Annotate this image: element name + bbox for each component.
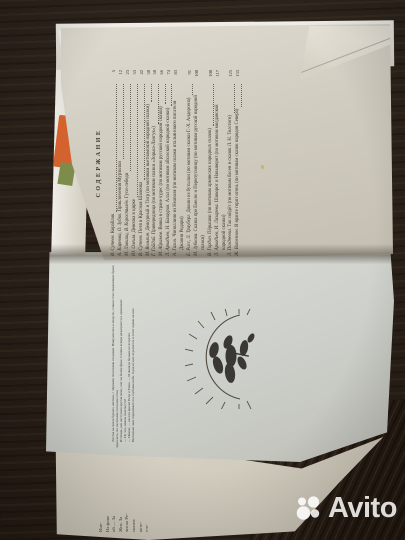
avito-watermark: Avito	[296, 494, 397, 523]
under-page-fragment: Ино-	[98, 468, 105, 532]
sun-tailpiece-illustration	[185, 309, 265, 409]
toc-entry: В. Сутеев. Петя и Красная Шапочка42	[139, 70, 146, 256]
under-page-fragment: кото-	[138, 468, 145, 532]
under-page-fragment: сказов	[131, 468, 138, 532]
flower-silhouettes-icon	[208, 332, 256, 383]
contents-title: СОДЕРЖАНИЕ	[96, 70, 102, 256]
toc-entry: А. Карнова, О. Зубко. Приключения Мурзил…	[118, 70, 125, 256]
under-page-fragment: Жги. За	[118, 468, 125, 532]
contents-entries: В. Сутеев. Кораблик5А. Карнова, О. Зубко…	[111, 70, 242, 256]
toc-entry: Л. Аркадьев, И. Лазарева. Шиворот и Навы…	[215, 70, 229, 256]
under-page-fragment: На фоне	[105, 468, 112, 532]
spine-shadow	[46, 244, 394, 268]
under-page-text: Ино-На фонеой — ЗаЖги. Зачитал Ре-сказов…	[98, 468, 158, 532]
toc-entry: Ю. Олеша. Девочка в цирке33	[132, 70, 139, 256]
contents-list: СОДЕРЖАНИЕ В. Сутеев. Кораблик5А. Карнов…	[96, 70, 314, 256]
photo-stage: Ино-На фонеой — ЗаЖги. Зачитал Ре-сказов…	[0, 0, 405, 540]
under-page-fragment: ой — За	[111, 468, 118, 532]
toc-entry: В. Гордин. Пёрышко (по мотивам армянских…	[208, 70, 215, 256]
story-paragraph: Несколько чаек поднимаются в глубокое не…	[132, 262, 136, 448]
under-page-fragment: сто-	[144, 468, 151, 532]
toc-entry: Л. Аркадьев, Н. Балаурия. Алал (по мотив…	[166, 70, 173, 256]
toc-entry: В. Сутеев. Кораблик5	[111, 70, 118, 256]
paper-speck	[261, 165, 264, 169]
toc-entry: Г. Гайдай. Привередница (по мотивам сказ…	[152, 70, 159, 256]
toc-entry: Л. Позднеева. Так сойдёт (по мотивам бас…	[228, 70, 235, 256]
toc-entry: Е. Рисс, Л. Трауберг. Джинн из бутылки (…	[187, 70, 194, 256]
avito-logo-icon	[296, 495, 323, 522]
toc-entry: М. Зубкова. Сказка про Емелю и Перепутан…	[194, 70, 208, 256]
story-text: Листья на земле буреют, жёлтые, с чёрным…	[112, 262, 154, 448]
toc-entry: А. Галич. Чиполлино из Неаполя (по мотив…	[173, 70, 187, 256]
avito-brand-text: Avito	[328, 494, 397, 523]
toc-entry: М. Лившиц, В. Коростылёв. Гуси-лебеди23	[125, 70, 132, 256]
toc-entry: М. Абрамов. Вовка в стране чудес (по мот…	[159, 70, 166, 256]
toc-entry: Ж. Витензон. В яранге горит огонь (по мо…	[235, 70, 242, 256]
under-page-fragment: читал Ре-	[124, 468, 131, 532]
